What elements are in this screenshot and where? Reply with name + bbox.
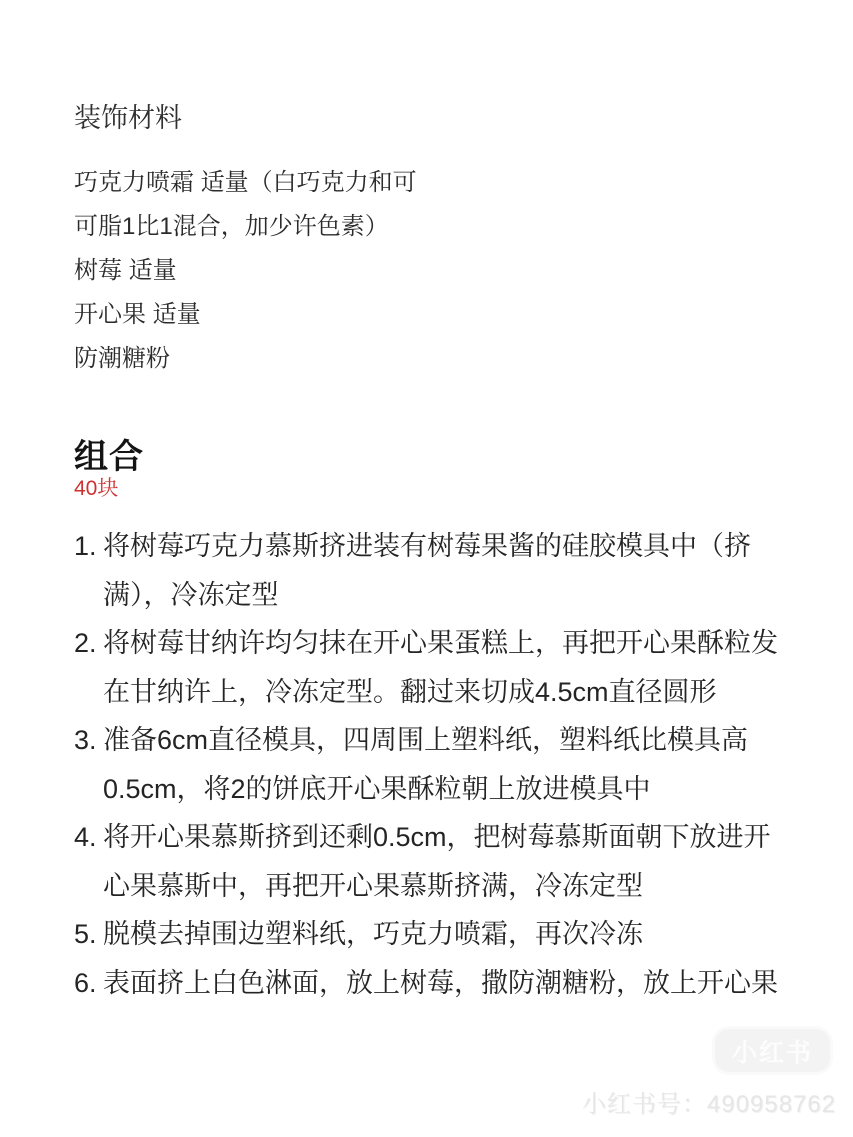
step-number: 6. <box>74 959 103 1008</box>
step-number: 2. <box>74 619 103 716</box>
decoration-materials-heading: 装饰材料 <box>74 104 823 132</box>
step-item-2: 2. 将树莓甘纳许均匀抹在开心果蛋糕上，再把开心果酥粒发 在甘纳许上，冷冻定型。… <box>74 619 823 716</box>
assembly-heading: 组合 <box>74 437 823 477</box>
step-line: 心果慕斯中，再把开心果慕斯挤满，冷冻定型 <box>103 862 823 911</box>
step-number: 3. <box>74 716 103 813</box>
yield-badge: 40块 <box>74 477 823 501</box>
ingredient-chocolate-spray-line2: 可脂1比1混合，加少许色素） <box>74 205 823 249</box>
ingredient-powdered-sugar: 防潮糖粉 <box>74 337 823 381</box>
step-line: 将开心果慕斯挤到还剩0.5cm，把树莓慕斯面朝下放进开 <box>103 813 823 862</box>
step-line: 将树莓巧克力慕斯挤进装有树莓果酱的硅胶模具中（挤 <box>103 522 823 571</box>
xiaohongshu-logo: 小红书 <box>715 1029 830 1072</box>
step-text: 表面挤上白色淋面，放上树莓，撒防潮糖粉，放上开心果 <box>103 959 823 1008</box>
ingredients-list: 巧克力喷霜 适量（白巧克力和可 可脂1比1混合，加少许色素） 树莓 适量 开心果… <box>74 161 823 381</box>
step-text: 准备6cm直径模具，四周围上塑料纸，塑料纸比模具高 0.5cm，将2的饼底开心果… <box>103 716 823 813</box>
ingredient-raspberry: 树莓 适量 <box>74 249 823 293</box>
step-line: 将树莓甘纳许均匀抹在开心果蛋糕上，再把开心果酥粒发 <box>103 619 823 668</box>
step-line: 0.5cm，将2的饼底开心果酥粒朝上放进模具中 <box>103 765 823 814</box>
step-text: 将开心果慕斯挤到还剩0.5cm，把树莓慕斯面朝下放进开 心果慕斯中，再把开心果慕… <box>103 813 823 910</box>
step-item-5: 5. 脱模去掉围边塑料纸，巧克力喷霜，再次冷冻 <box>74 910 823 959</box>
recipe-document: 装饰材料 巧克力喷霜 适量（白巧克力和可 可脂1比1混合，加少许色素） 树莓 适… <box>0 0 853 1007</box>
step-text: 将树莓甘纳许均匀抹在开心果蛋糕上，再把开心果酥粒发 在甘纳许上，冷冻定型。翻过来… <box>103 619 823 716</box>
step-line: 表面挤上白色淋面，放上树莓，撒防潮糖粉，放上开心果 <box>103 959 823 1008</box>
step-text: 将树莓巧克力慕斯挤进装有树莓果酱的硅胶模具中（挤 满），冷冻定型 <box>103 522 823 619</box>
step-line: 满），冷冻定型 <box>103 571 823 620</box>
step-line: 在甘纳许上，冷冻定型。翻过来切成4.5cm直径圆形 <box>103 668 823 717</box>
step-line: 脱模去掉围边塑料纸，巧克力喷霜，再次冷冻 <box>103 910 823 959</box>
step-item-3: 3. 准备6cm直径模具，四周围上塑料纸，塑料纸比模具高 0.5cm，将2的饼底… <box>74 716 823 813</box>
step-number: 5. <box>74 910 103 959</box>
step-number: 4. <box>74 813 103 910</box>
assembly-steps-list: 1. 将树莓巧克力慕斯挤进装有树莓果酱的硅胶模具中（挤 满），冷冻定型 2. 将… <box>74 522 823 1007</box>
xiaohongshu-logo-text: 小红书 <box>732 1033 813 1069</box>
ingredient-chocolate-spray-line1: 巧克力喷霜 适量（白巧克力和可 <box>74 161 823 205</box>
step-item-1: 1. 将树莓巧克力慕斯挤进装有树莓果酱的硅胶模具中（挤 满），冷冻定型 <box>74 522 823 619</box>
step-line: 准备6cm直径模具，四周围上塑料纸，塑料纸比模具高 <box>103 716 823 765</box>
step-item-6: 6. 表面挤上白色淋面，放上树莓，撒防潮糖粉，放上开心果 <box>74 959 823 1008</box>
step-item-4: 4. 将开心果慕斯挤到还剩0.5cm，把树莓慕斯面朝下放进开 心果慕斯中，再把开… <box>74 813 823 910</box>
step-text: 脱模去掉围边塑料纸，巧克力喷霜，再次冷冻 <box>103 910 823 959</box>
ingredient-pistachio: 开心果 适量 <box>74 293 823 337</box>
step-number: 1. <box>74 522 103 619</box>
xiaohongshu-id-watermark: 小红书号：490958762 <box>582 1084 836 1119</box>
